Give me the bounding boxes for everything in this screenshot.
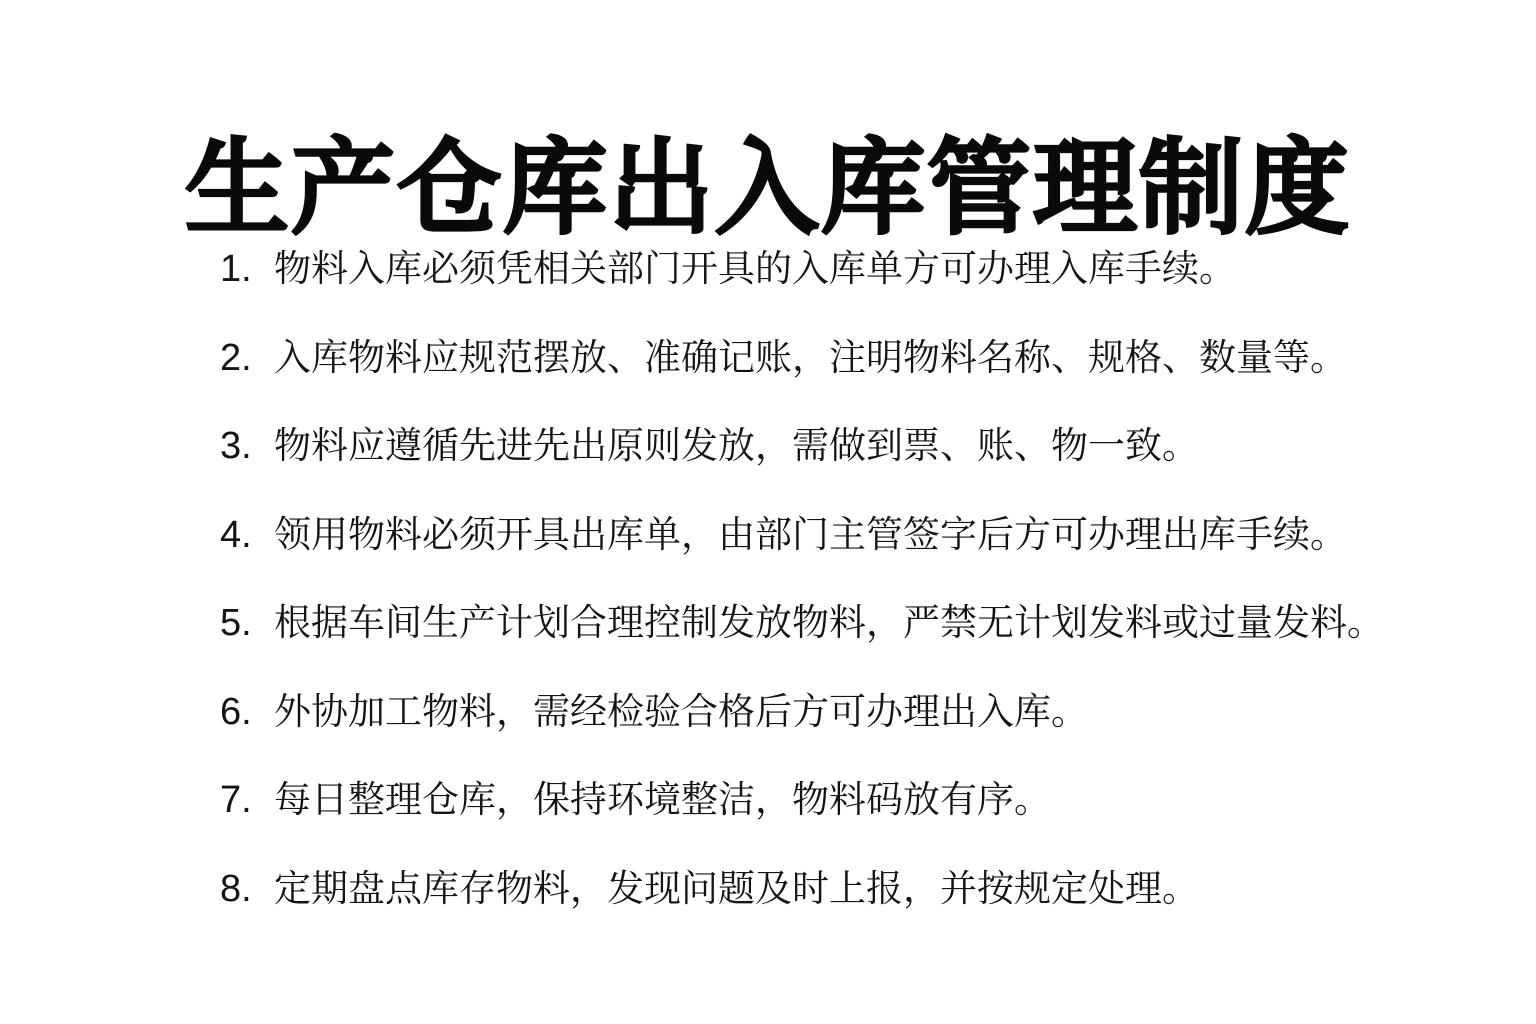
rule-number: 1. xyxy=(220,244,274,294)
rule-text: 每日整理仓库，保持环境整洁，物料码放有序。 xyxy=(274,775,1051,825)
rule-item-2: 2. 入库物料应规范摆放、准确记账，注明物料名称、规格、数量等。 xyxy=(220,333,1500,422)
rule-item-6: 6. 外协加工物料，需经检验合格后方可办理出入库。 xyxy=(220,687,1500,776)
rule-text: 定期盘点库存物料，发现问题及时上报，并按规定处理。 xyxy=(274,864,1199,914)
rule-number: 3. xyxy=(220,421,274,471)
rule-item-5: 5. 根据车间生产计划合理控制发放物料，严禁无计划发料或过量发料。 xyxy=(220,598,1500,687)
rule-text: 物料入库必须凭相关部门开具的入库单方可办理入库手续。 xyxy=(274,244,1236,294)
rule-item-4: 4. 领用物料必须开具出库单，由部门主管签字后方可办理出库手续。 xyxy=(220,510,1500,599)
rule-text: 外协加工物料，需经检验合格后方可办理出入库。 xyxy=(274,687,1088,737)
rule-item-3: 3. 物料应遵循先进先出原则发放，需做到票、账、物一致。 xyxy=(220,421,1500,510)
rule-item-8: 8. 定期盘点库存物料，发现问题及时上报，并按规定处理。 xyxy=(220,864,1500,953)
rule-number: 4. xyxy=(220,510,274,560)
rule-item-7: 7. 每日整理仓库，保持环境整洁，物料码放有序。 xyxy=(220,775,1500,864)
rule-item-1: 1. 物料入库必须凭相关部门开具的入库单方可办理入库手续。 xyxy=(220,244,1500,333)
rule-number: 2. xyxy=(220,333,274,383)
rule-text: 根据车间生产计划合理控制发放物料，严禁无计划发料或过量发料。 xyxy=(274,598,1384,648)
rules-list: 1. 物料入库必须凭相关部门开具的入库单方可办理入库手续。 2. 入库物料应规范… xyxy=(220,244,1500,952)
rule-number: 6. xyxy=(220,687,274,737)
rule-number: 7. xyxy=(220,775,274,825)
rule-text: 领用物料必须开具出库单，由部门主管签字后方可办理出库手续。 xyxy=(274,510,1347,560)
document-title: 生产仓库出入库管理制度 xyxy=(0,128,1536,248)
rule-number: 8. xyxy=(220,864,274,914)
rule-text: 入库物料应规范摆放、准确记账，注明物料名称、规格、数量等。 xyxy=(274,333,1347,383)
rule-number: 5. xyxy=(220,598,274,648)
rule-text: 物料应遵循先进先出原则发放，需做到票、账、物一致。 xyxy=(274,421,1199,471)
